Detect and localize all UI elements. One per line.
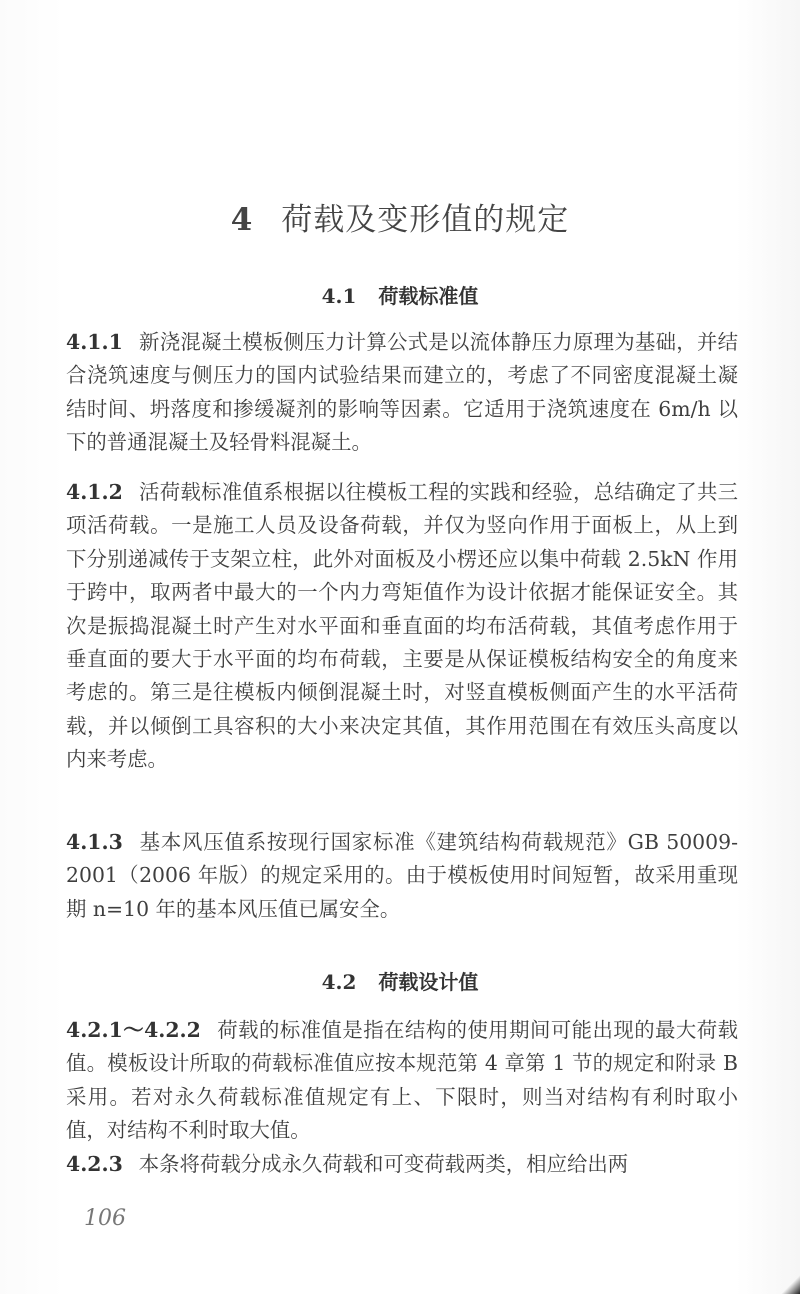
chapter-heading: 4荷载及变形值的规定 <box>0 194 800 239</box>
clause-number: 4.2.1～4.2.2 <box>66 1018 201 1042</box>
chapter-number: 4 <box>231 202 254 238</box>
clause-4-2-1-4-2-2: 4.2.1～4.2.2荷载的标准值是指在结构的使用期间可能出现的最大荷载值。模板… <box>66 1014 738 1148</box>
section-title: 荷载标准值 <box>378 284 478 308</box>
chapter-title: 荷载及变形值的规定 <box>281 202 569 238</box>
section-heading-4-1: 4.1荷载标准值 <box>0 280 800 309</box>
clause-text: 新浇混凝土模板侧压力计算公式是以流体静压力原理为基础，并结合浇筑速度与侧压力的国… <box>66 330 738 454</box>
clause-4-1-2: 4.1.2活荷载标准值系根据以往模板工程的实践和经验，总结确定了共三项活荷载。一… <box>66 476 738 777</box>
page-corner-shadow <box>782 1274 800 1294</box>
clause-number: 4.1.1 <box>66 330 123 354</box>
clause-4-2-3: 4.2.3本条将荷载分成永久荷载和可变荷载两类，相应给出两 <box>66 1148 738 1181</box>
clause-text: 活荷载标准值系根据以往模板工程的实践和经验，总结确定了共三项活荷载。一是施工人员… <box>66 480 738 771</box>
clause-text: 本条将荷载分成永久荷载和可变荷载两类，相应给出两 <box>139 1152 628 1176</box>
section-number: 4.1 <box>322 284 357 308</box>
section-title: 荷载设计值 <box>378 970 478 994</box>
document-page: 4荷载及变形值的规定 4.1荷载标准值 4.1.1新浇混凝土模板侧压力计算公式是… <box>0 0 800 1294</box>
section-number: 4.2 <box>322 970 357 994</box>
clause-number: 4.1.3 <box>66 830 123 854</box>
section-heading-4-2: 4.2荷载设计值 <box>0 966 800 995</box>
clause-4-1-1: 4.1.1新浇混凝土模板侧压力计算公式是以流体静压力原理为基础，并结合浇筑速度与… <box>66 326 738 460</box>
clause-4-1-3: 4.1.3基本风压值系按现行国家标准《建筑结构荷载规范》GB 50009-200… <box>66 826 738 926</box>
clause-number: 4.1.2 <box>66 480 123 504</box>
clause-number: 4.2.3 <box>66 1152 123 1176</box>
page-number: 106 <box>84 1206 126 1231</box>
clause-text: 基本风压值系按现行国家标准《建筑结构荷载规范》GB 50009-2001（200… <box>66 830 738 921</box>
